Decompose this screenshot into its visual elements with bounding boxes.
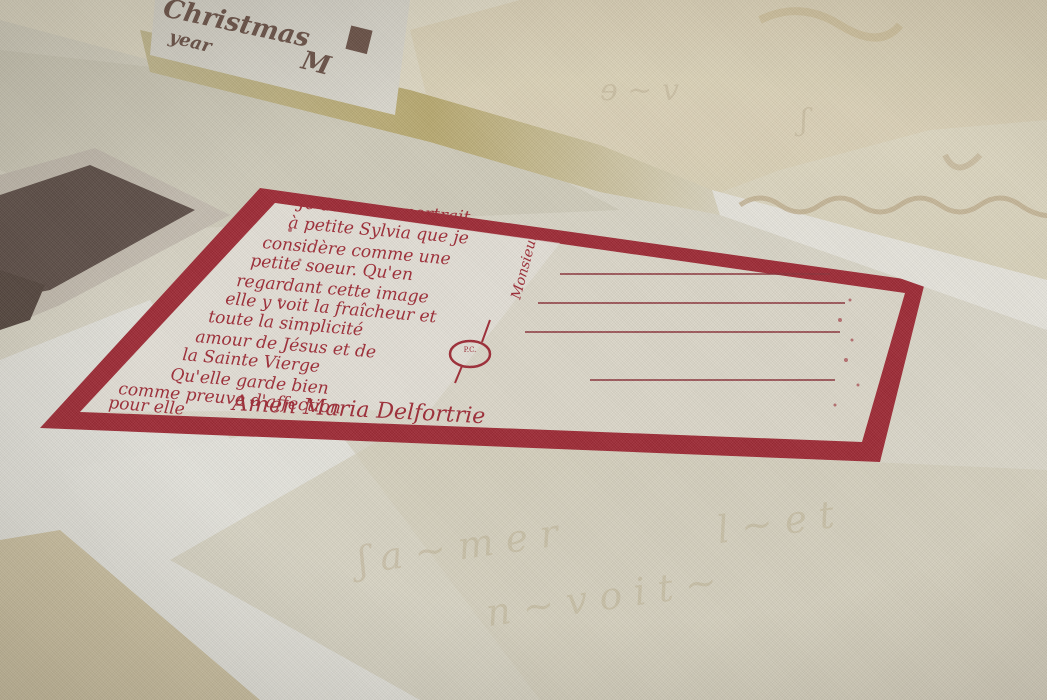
svg-text:ɘ ~ v: ɘ ~ v	[600, 73, 679, 108]
fabric-illustration: ʃ a ~ m e r n ~ v o i t ~ l ~ e t	[0, 0, 1047, 700]
svg-text:P.C.: P.C.	[464, 346, 477, 354]
fabric-photo: ʃ a ~ m e r n ~ v o i t ~ l ~ e t	[0, 0, 1047, 700]
